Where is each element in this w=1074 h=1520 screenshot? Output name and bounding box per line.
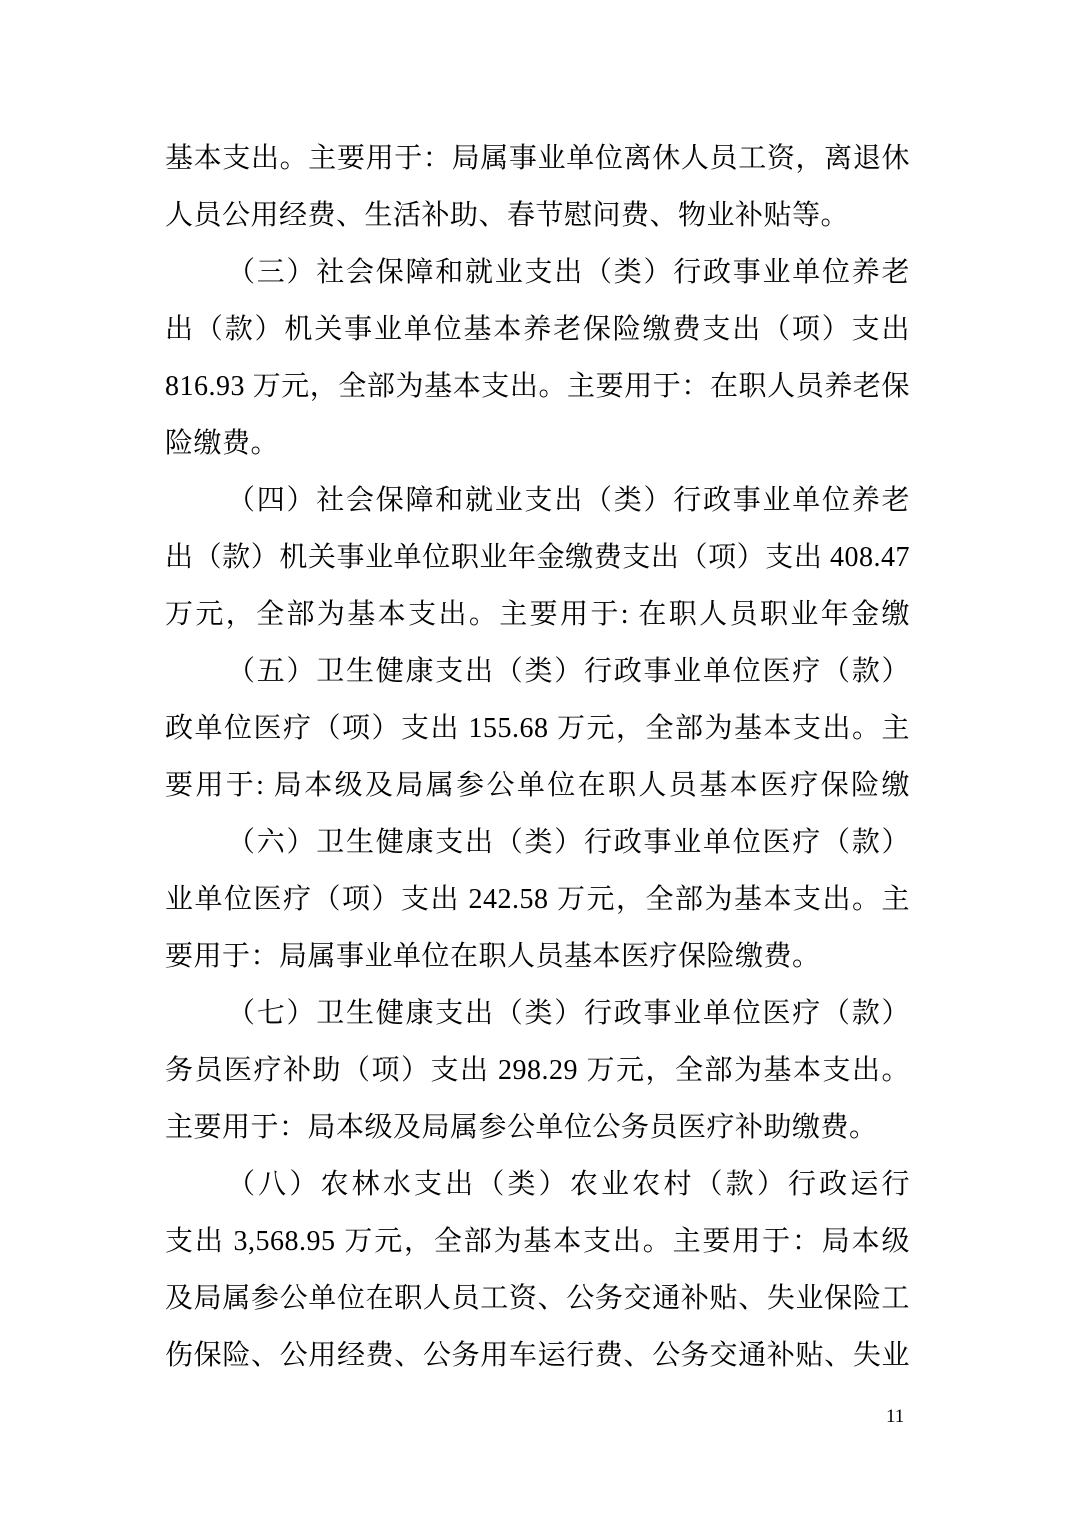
- text-line: 816.93 万元，全部为基本支出。主要用于：在职人员养老保: [165, 358, 910, 415]
- text-line: （四）社会保障和就业支出（类）行政事业单位养老支: [165, 472, 910, 529]
- text-line: 及局属参公单位在职人员工资、公务交通补贴、失业保险工: [165, 1270, 910, 1327]
- para-item-5-admin-medical: （五）卫生健康支出（类）行政事业单位医疗（款）行政单位医疗（项）支出 155.6…: [165, 643, 910, 814]
- text-line: （七）卫生健康支出（类）行政事业单位医疗（款）公: [165, 985, 910, 1042]
- text-line: 基本支出。主要用于：局属事业单位离休人员工资，离退休: [165, 130, 910, 187]
- text-line: 要用于: 局本级及局属参公单位在职人员基本医疗保险缴费。: [165, 757, 910, 814]
- text-line: 主要用于：局本级及局属参公单位公务员医疗补助缴费。: [165, 1099, 910, 1156]
- text-line: 业单位医疗（项）支出 242.58 万元，全部为基本支出。主: [165, 871, 910, 928]
- text-line: 务员医疗补助（项）支出 298.29 万元，全部为基本支出。: [165, 1042, 910, 1099]
- text-line: 险缴费。: [165, 415, 910, 472]
- para-item-4-annuity: （四）社会保障和就业支出（类）行政事业单位养老支出（款）机关事业单位职业年金缴费…: [165, 472, 910, 643]
- para-item-3-pension-basic: （三）社会保障和就业支出（类）行政事业单位养老支出（款）机关事业单位基本养老保险…: [165, 244, 910, 472]
- para-continuation-retirement: 基本支出。主要用于：局属事业单位离休人员工资，离退休人员公用经费、生活补助、春节…: [165, 130, 910, 244]
- para-item-6-institution-medical: （六）卫生健康支出（类）行政事业单位医疗（款）事业单位医疗（项）支出 242.5…: [165, 814, 910, 985]
- text-line: 出（款）机关事业单位职业年金缴费支出（项）支出 408.47: [165, 529, 910, 586]
- text-line: 人员公用经费、生活补助、春节慰问费、物业补贴等。: [165, 187, 910, 244]
- text-line: 万元，全部为基本支出。主要用于: 在职人员职业年金缴费。: [165, 586, 910, 643]
- text-line: 伤保险、公用经费、公务用车运行费、公务交通补贴、失业: [165, 1327, 910, 1384]
- text-line: 政单位医疗（项）支出 155.68 万元，全部为基本支出。主: [165, 700, 910, 757]
- page-number: 11: [886, 1402, 926, 1432]
- para-item-7-civil-servant-medical: （七）卫生健康支出（类）行政事业单位医疗（款）公务员医疗补助（项）支出 298.…: [165, 985, 910, 1156]
- text-line: 要用于：局属事业单位在职人员基本医疗保险缴费。: [165, 928, 910, 985]
- para-item-8-agriculture: （八）农林水支出（类）农业农村（款）行政运行（项）支出 3,568.95 万元，…: [165, 1156, 910, 1384]
- text-line: 支出 3,568.95 万元，全部为基本支出。主要用于：局本级: [165, 1213, 910, 1270]
- text-line: （八）农林水支出（类）农业农村（款）行政运行（项）: [165, 1156, 910, 1213]
- document-body: 基本支出。主要用于：局属事业单位离休人员工资，离退休人员公用经费、生活补助、春节…: [165, 130, 910, 1384]
- document-page: 基本支出。主要用于：局属事业单位离休人员工资，离退休人员公用经费、生活补助、春节…: [0, 0, 1074, 1520]
- text-line: 出（款）机关事业单位基本养老保险缴费支出（项）支出: [165, 301, 910, 358]
- text-line: （五）卫生健康支出（类）行政事业单位医疗（款）行: [165, 643, 910, 700]
- text-line: （三）社会保障和就业支出（类）行政事业单位养老支: [165, 244, 910, 301]
- text-line: （六）卫生健康支出（类）行政事业单位医疗（款）事: [165, 814, 910, 871]
